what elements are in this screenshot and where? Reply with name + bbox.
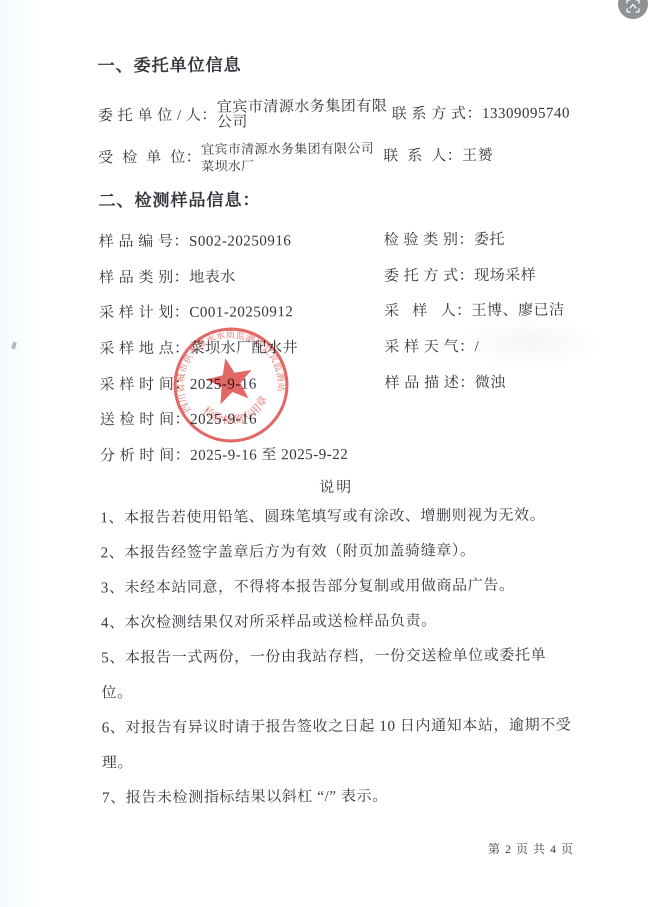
- contact-phone-value: 13309095740: [482, 106, 570, 122]
- sample-type-value: 地表水: [189, 270, 236, 285]
- sampling-plan-value: C001-20250912: [189, 306, 293, 322]
- row-delivery-time: 送 检 时 间：2025-9-16: [100, 400, 572, 438]
- note-item-2: 2、本报告经签字盖章后方为有效（附页加盖骑缝章）。: [101, 534, 573, 572]
- delivery-time-label: 送 检 时 间：: [100, 413, 190, 429]
- sampling-time-value: 2025-9-16: [190, 377, 257, 392]
- contact-person-label: 联 系 人：: [383, 149, 462, 164]
- sample-description-label: 样 品 描 述：: [385, 376, 475, 392]
- note-item-4: 4、本次检测结果仅对所采样品或送检样品负责。: [101, 604, 573, 642]
- note-item-5: 5、本报告一式两份，一份由我站存档，一份交送检单位或委托单位。: [101, 639, 573, 712]
- row-sample-no: 样 品 编 号：S002-20250916 检 验 类 别：委托: [99, 223, 571, 261]
- sampling-weather-label: 采 样 天 气：: [384, 340, 474, 356]
- note-item-1: 1、本报告若使用铅笔、圆珠笔填写或有涂改、增删则视为无效。: [100, 499, 572, 537]
- commission-mode-value: 现场采样: [474, 269, 536, 284]
- sampler-value: 王博、廖已洁: [472, 304, 565, 320]
- note-item-6: 6、对报告有异议时请于报告签收之日起 10 日内通知本站，逾期不受理。: [102, 709, 574, 782]
- note-item-7: 7、报告未检测指标结果以斜杠 “/” 表示。: [102, 779, 574, 817]
- client-value: 宜宾市清源水务集团有限公司: [217, 100, 388, 131]
- row-analysis-time: 分 析 时 间：2025-9-16 至 2025-9-22: [100, 436, 572, 474]
- delivery-time-value: 2025-9-16: [190, 413, 257, 428]
- row-client: 委 托 单 位 / 人：宜宾市清源水务集团有限公司 联 系 方 式：133090…: [98, 98, 570, 133]
- commission-mode-label: 委 托 方 式：: [384, 269, 474, 285]
- row-sampling-plan: 采 样 计 划：C001-20250912 采 样 人：王博、廖已洁: [99, 294, 571, 332]
- notes-title: 说明: [100, 480, 572, 498]
- sampling-location-label: 采 样 地 点：: [99, 342, 189, 358]
- inspected-unit-value: 宜宾市清源水务集团有限公司 菜坝水厂: [201, 140, 374, 175]
- analysis-time-value: 2025-9-16 至 2025-9-22: [190, 448, 348, 464]
- sample-type-label: 样 品 类 别：: [99, 271, 189, 287]
- sampling-time-label: 采 样 时 间：: [100, 378, 190, 394]
- row-sample-type: 样 品 类 别：地表水 委 托 方 式：现场采样: [99, 258, 571, 296]
- section-sample-title: 二、检测样品信息：: [98, 190, 570, 210]
- sampler-label: 采 样 人：: [384, 305, 472, 321]
- page-indicator: 第 2 页 共 4 页: [488, 840, 574, 857]
- contact-person-value: 王赟: [462, 148, 493, 163]
- note-item-3: 3、未经本站同意，不得将本报告部分复制或用做商品广告。: [101, 569, 573, 607]
- test-category-value: 委托: [474, 233, 505, 248]
- sample-no-value: S002-20250916: [189, 235, 291, 251]
- contact-phone-label: 联 系 方 式：: [392, 107, 482, 123]
- row-inspected-unit: 受 检 单 位： 宜宾市清源水务集团有限公司 菜坝水厂 联 系 人：王赟: [98, 136, 570, 179]
- scan-frame-icon: [626, 0, 640, 18]
- inspected-unit-label: 受 检 单 位：: [98, 150, 201, 166]
- sampling-weather-value: /: [475, 340, 480, 355]
- sample-description-value: 微浊: [475, 376, 506, 391]
- row-sampling-time: 采 样 时 间：2025-9-16 样 品 描 述：微浊: [99, 365, 571, 403]
- row-sampling-location: 采 样 地 点：菜坝水厂配水井 采 样 天 气：/: [99, 329, 571, 367]
- sampling-plan-label: 采 样 计 划：: [99, 306, 189, 322]
- test-category-label: 检 验 类 别：: [384, 233, 474, 249]
- client-label: 委 托 单 位 / 人：: [98, 108, 217, 124]
- sampling-location-value: 菜坝水厂配水井: [190, 341, 299, 357]
- section-client-title: 一、委托单位信息: [98, 55, 570, 75]
- report-page: 一、委托单位信息 委 托 单 位 / 人：宜宾市清源水务集团有限公司 联 系 方…: [0, 0, 654, 907]
- sample-no-label: 样 品 编 号：: [99, 235, 189, 251]
- analysis-time-label: 分 析 时 间：: [100, 449, 190, 465]
